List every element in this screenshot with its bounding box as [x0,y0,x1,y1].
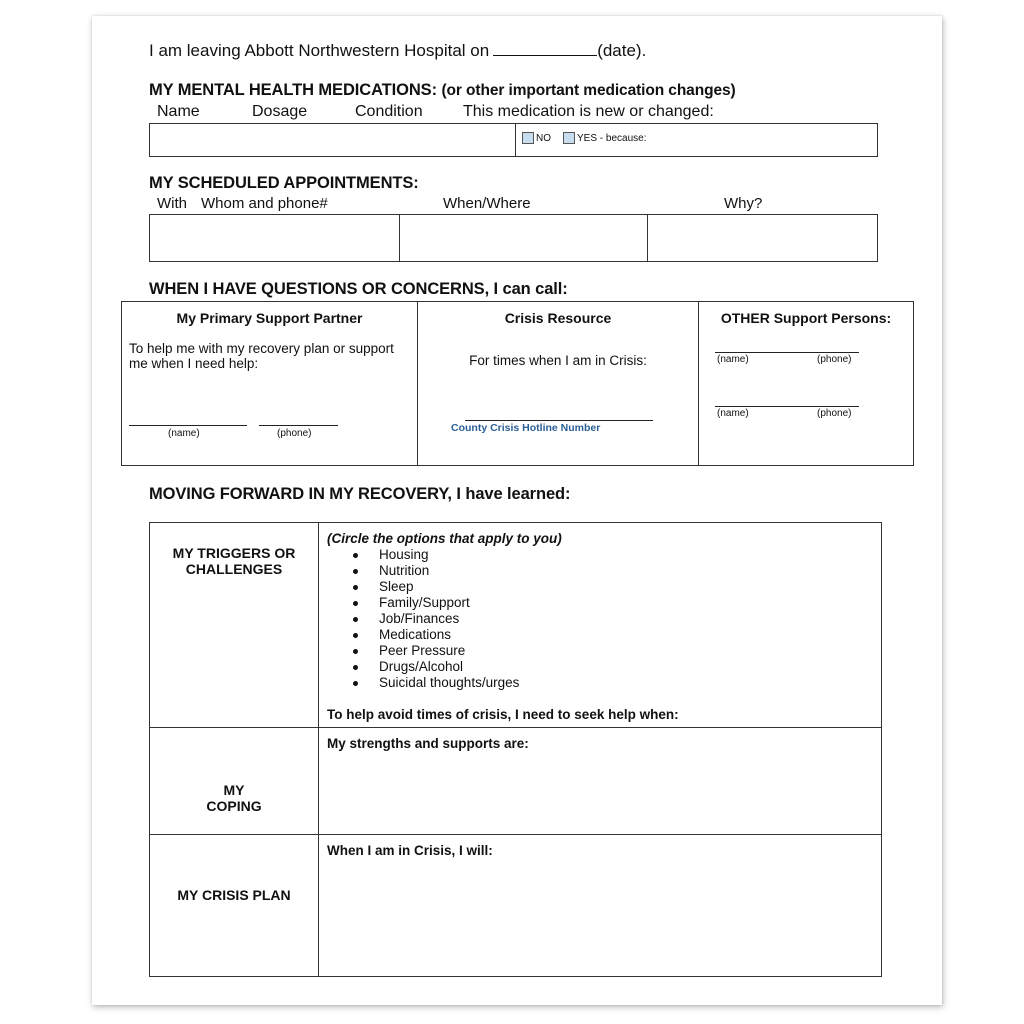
appointments-heading: MY SCHEDULED APPOINTMENTS: [149,174,419,193]
crisis-plan-label: MY CRISIS PLAN [150,835,319,976]
yes-checkbox[interactable] [563,132,575,144]
trigger-option-label: Job/Finances [379,611,459,626]
yes-label: YES - because: [577,133,646,144]
appt-col-when-where: When/Where [443,195,531,212]
medications-heading: MY MENTAL HEALTH MEDICATIONS: (or other … [149,81,736,100]
med-col-dosage: Dosage [252,103,307,121]
appt-whom-field[interactable] [150,215,400,261]
trigger-option[interactable]: Drugs/Alcohol [327,659,873,675]
new-or-changed-choice: NO YES - because: [522,132,658,144]
trigger-option[interactable]: Job/Finances [327,611,873,627]
trigger-option[interactable]: Peer Pressure [327,643,873,659]
trigger-option-label: Family/Support [379,595,470,610]
date-field[interactable] [493,41,597,56]
primary-support-title: My Primary Support Partner [122,310,417,326]
trigger-option-label: Suicidal thoughts/urges [379,675,519,690]
other-1-name-label: (name) [717,354,749,365]
contacts-heading: WHEN I HAVE QUESTIONS OR CONCERNS, I can… [149,280,568,299]
intro-text: I am leaving Abbott Northwestern Hospita… [149,41,489,60]
medications-heading-title: MY MENTAL HEALTH MEDICATIONS: [149,81,437,99]
other-support-cell: OTHER Support Persons: (name) (phone) (n… [698,302,913,465]
recovery-heading: MOVING FORWARD IN MY RECOVERY, I have le… [149,485,570,504]
crisis-resource-cell: Crisis Resource For times when I am in C… [417,302,698,465]
no-checkbox[interactable] [522,132,534,144]
med-col-name: Name [157,103,200,121]
trigger-option[interactable]: Suicidal thoughts/urges [327,675,873,691]
triggers-row: MY TRIGGERS OR CHALLENGES (Circle the op… [150,523,881,727]
primary-support-cell: My Primary Support Partner To help me wi… [122,302,417,465]
primary-name-label: (name) [168,428,200,439]
crisis-resource-text: For times when I am in Crisis: [418,353,698,368]
coping-row: MY COPING My strengths and supports are: [150,727,881,834]
strengths-prompt: My strengths and supports are: [327,736,873,751]
appt-why-field[interactable] [648,215,877,261]
trigger-option[interactable]: Family/Support [327,595,873,611]
crisis-plan-content[interactable]: When I am in Crisis, I will: [327,843,873,858]
crisis-plan-row: MY CRISIS PLAN When I am in Crisis, I wi… [150,834,881,976]
appt-when-where-field[interactable] [400,215,648,261]
triggers-label-line2: CHALLENGES [173,561,296,577]
no-label: NO [536,133,551,144]
bullet-icon [353,617,358,622]
medications-heading-sub: (or other important medication changes) [441,82,735,99]
appt-col-why: Why? [724,195,762,212]
bullet-icon [353,601,358,606]
crisis-plan-label-text: MY CRISIS PLAN [177,887,290,903]
trigger-option[interactable]: Medications [327,627,873,643]
bullet-icon [353,569,358,574]
trigger-option-label: Sleep [379,579,414,594]
hotline-label: County Crisis Hotline Number [451,422,600,434]
seek-help-prompt: To help avoid times of crisis, I need to… [327,707,873,722]
discharge-date-line: I am leaving Abbott Northwestern Hospita… [149,41,646,61]
other-support-title: OTHER Support Persons: [699,310,913,326]
crisis-plan-prompt: When I am in Crisis, I will: [327,843,873,858]
medication-entry-field[interactable] [150,124,515,156]
trigger-option-label: Peer Pressure [379,643,465,658]
trigger-option[interactable]: Sleep [327,579,873,595]
coping-label: MY COPING [150,728,319,834]
medications-table: NO YES - because: [149,123,878,157]
coping-content[interactable]: My strengths and supports are: [327,736,873,751]
trigger-option[interactable]: Housing [327,547,873,563]
contacts-table: My Primary Support Partner To help me wi… [121,301,914,466]
bullet-icon [353,681,358,686]
bullet-icon [353,633,358,638]
other-1-phone-label: (phone) [817,354,851,365]
other-2-name-label: (name) [717,408,749,419]
recovery-table: MY TRIGGERS OR CHALLENGES (Circle the op… [149,522,882,977]
bullet-icon [353,665,358,670]
trigger-option-label: Nutrition [379,563,429,578]
triggers-label-line1: MY TRIGGERS OR [173,545,296,561]
bullet-icon [353,585,358,590]
circle-instruction: (Circle the options that apply to you) [327,531,873,547]
other-2-phone-label: (phone) [817,408,851,419]
med-col-condition: Condition [355,103,423,121]
hotline-number-field[interactable] [465,420,653,421]
primary-support-text: To help me with my recovery plan or supp… [129,341,409,371]
primary-phone-label: (phone) [277,428,311,439]
coping-label-line1: MY [206,782,261,798]
trigger-option-label: Drugs/Alcohol [379,659,463,674]
appt-col-with: With [157,195,187,212]
other-1-field[interactable] [715,352,859,353]
bullet-icon [353,649,358,654]
medications-divider [515,124,516,156]
triggers-content: (Circle the options that apply to you) H… [327,531,873,722]
med-col-new-changed: This medication is new or changed: [463,103,714,121]
appointments-table [149,214,878,262]
triggers-label: MY TRIGGERS OR CHALLENGES [150,523,319,727]
trigger-options-list: HousingNutritionSleepFamily/SupportJob/F… [327,547,873,691]
other-2-field[interactable] [715,406,859,407]
crisis-resource-title: Crisis Resource [418,310,698,326]
bullet-icon [353,553,358,558]
coping-label-line2: COPING [206,798,261,814]
primary-phone-field[interactable] [259,425,338,426]
appt-col-whom: Whom and phone# [201,195,328,212]
trigger-option-label: Housing [379,547,429,562]
date-suffix: (date). [597,41,646,60]
trigger-option-label: Medications [379,627,451,642]
trigger-option[interactable]: Nutrition [327,563,873,579]
primary-name-field[interactable] [129,425,247,426]
